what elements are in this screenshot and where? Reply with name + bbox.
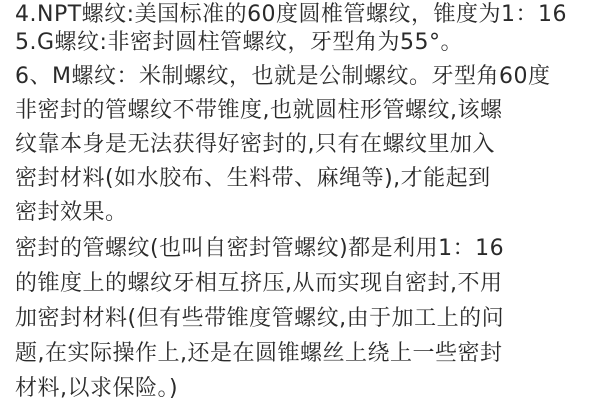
text-line-non-sealing-3: 密封材料(如水胶布、生料带、麻绳等),才能起到 <box>15 164 491 194</box>
text-line-g-thread: 5.G螺纹:非密封圆柱管螺纹，牙型角为55°。 <box>15 28 463 58</box>
text-line-non-sealing-2: 纹靠本身是无法获得好密封的,只有在螺纹里加入 <box>15 130 495 160</box>
text-line-sealing-5: 材料,以求保险。) <box>15 374 178 400</box>
text-line-non-sealing-1: 非密封的管螺纹不带锥度,也就圆柱形管螺纹,该螺 <box>15 96 503 126</box>
text-line-sealing-3: 加密封材料(但有些带锥度管螺纹,由于加工上的问 <box>15 304 504 334</box>
text-line-sealing-1: 密封的管螺纹(也叫自密封管螺纹)都是利用1：16 <box>15 234 504 264</box>
text-line-sealing-4: 题,在实际操作上,还是在圆锥螺丝上绕上一些密封 <box>15 339 503 369</box>
text-line-non-sealing-4: 密封效果。 <box>15 198 128 228</box>
text-line-sealing-2: 的锥度上的螺纹牙相互挤压,从而实现自密封,不用 <box>15 269 503 299</box>
text-line-m-thread: 6、M螺纹：米制螺纹，也就是公制螺纹。牙型角60度 <box>15 62 550 92</box>
text-line-npt-thread: 4.NPT螺纹:美国标准的60度圆椎管螺纹，锥度为1：16 <box>15 0 567 30</box>
